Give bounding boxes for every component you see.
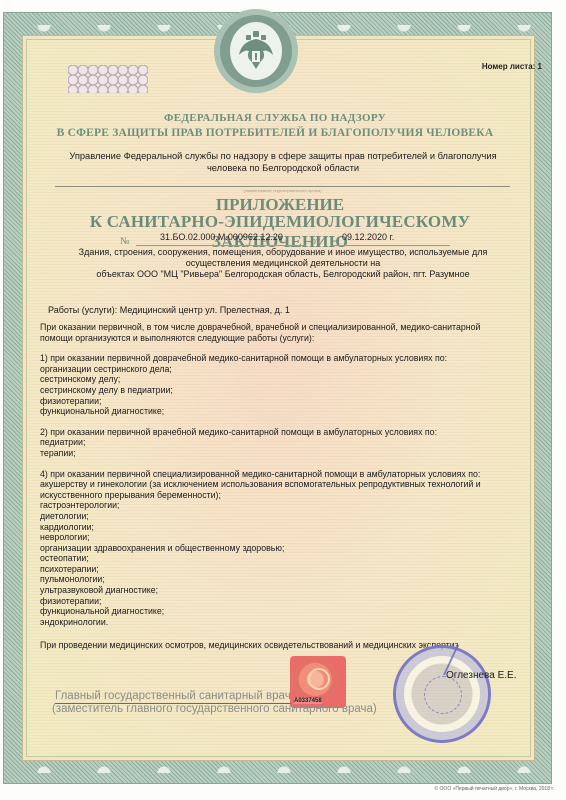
section-4-heading: 4) при оказании первичной специализирова…: [40, 469, 518, 480]
objects-description: Здания, строения, сооружения, помещения,…: [48, 247, 518, 280]
list-item: сестринскому делу;: [40, 374, 518, 385]
list-item: функциональной диагностике;: [40, 406, 518, 417]
conclusion-number-row: № 31.БО.02.000.М.000962.12.20 от 09.12.2…: [80, 232, 480, 246]
list-item: пульмонологии;: [40, 574, 518, 585]
list-item: физиотерапии;: [40, 396, 518, 407]
list-item: терапии;: [40, 448, 518, 459]
section-1-heading: 1) при оказании первичной доврачебной ме…: [40, 353, 518, 364]
date-underline: [332, 245, 450, 246]
list-item: педиатрии;: [40, 437, 518, 448]
hologram-sticker: А0337458: [290, 656, 346, 708]
list-item: искусственного прерывания беременности);: [40, 490, 518, 501]
list-item: психотерапии;: [40, 564, 518, 575]
list-item: акушерству и гинекологии (за исключением…: [40, 479, 518, 490]
department-caption: (наименование территориального органа): [55, 188, 510, 193]
security-pattern: [68, 65, 148, 93]
services-body: При оказании первичной, в том числе довр…: [40, 322, 518, 637]
department-line2: человека по Белгородской области: [58, 162, 508, 174]
list-item: физиотерапии;: [40, 596, 518, 607]
list-item: гастроэнтерологии;: [40, 500, 518, 511]
list-item: организации сестринского дела;: [40, 364, 518, 375]
list-item: организации здравоохранения и общественн…: [40, 543, 518, 554]
agency-name-line1: ФЕДЕРАЛЬНАЯ СЛУЖБА ПО НАДЗОРУ: [40, 112, 510, 124]
territorial-department: Управление Федеральной службы по надзору…: [58, 150, 508, 174]
seal-eagle-icon: [424, 676, 462, 714]
works-services: Работы (услуги): Медицинский центр ул. П…: [48, 305, 290, 315]
department-underline: [55, 186, 510, 187]
list-item: диетологии;: [40, 511, 518, 522]
double-headed-eagle-icon: [237, 29, 275, 73]
list-item: остеопатии;: [40, 553, 518, 564]
closing-line: При проведении медицинских осмотров, мед…: [40, 640, 459, 650]
sheet-number: Номер листа: 1: [482, 62, 542, 71]
signer-name: Оглезнева Е.Е.: [446, 670, 517, 681]
number-label: №: [120, 236, 130, 247]
objects-line3: объектах ООО "МЦ "Ривьера" Белгородская …: [48, 269, 518, 280]
section-4: 4) при оказании первичной специализирова…: [40, 469, 518, 628]
number-underline: [136, 245, 306, 246]
list-item: кардиологии;: [40, 522, 518, 533]
printer-imprint: © ООО «Первый печатный двор», г. Москва,…: [434, 786, 554, 792]
conclusion-date: 09.12.2020 г.: [342, 232, 394, 242]
conclusion-number: 31.БО.02.000.М.000962.12.20: [160, 232, 283, 242]
intro-paragraph: При оказании первичной, в том числе довр…: [40, 322, 518, 343]
list-item: функциональной диагностике;: [40, 606, 518, 617]
chief-doctor-title: Главный государственный санитарный врач: [55, 690, 291, 704]
intro-line1: При оказании первичной, в том числе довр…: [40, 322, 518, 333]
section-1: 1) при оказании первичной доврачебной ме…: [40, 353, 518, 417]
agency-name-line2: В СФЕРЕ ЗАЩИТЫ ПРАВ ПОТРЕБИТЕЛЕЙ И БЛАГО…: [40, 127, 510, 139]
hologram-emblem-icon: [308, 668, 330, 690]
list-item: сестринскому делу в педиатрии;: [40, 385, 518, 396]
department-line1: Управление Федеральной службы по надзору…: [58, 150, 508, 162]
intro-line2: помощи организуются и выполняются следую…: [40, 333, 518, 344]
chief-doctor-deputy-title: (заместитель главного государственного с…: [52, 703, 377, 715]
section-2-heading: 2) при оказании первичной врачебной меди…: [40, 427, 518, 438]
date-label: от: [311, 236, 320, 247]
objects-line1: Здания, строения, сооружения, помещения,…: [48, 247, 518, 258]
list-item: неврологии;: [40, 532, 518, 543]
objects-line2: осуществления медицинской деятельности н…: [48, 258, 518, 269]
list-item: эндокринологии.: [40, 617, 518, 628]
state-emblem-icon: [220, 15, 292, 87]
border-ornament-bottom: [14, 759, 541, 773]
list-item: ультразвуковой диагностике;: [40, 585, 518, 596]
section-2: 2) при оказании первичной врачебной меди…: [40, 427, 518, 459]
